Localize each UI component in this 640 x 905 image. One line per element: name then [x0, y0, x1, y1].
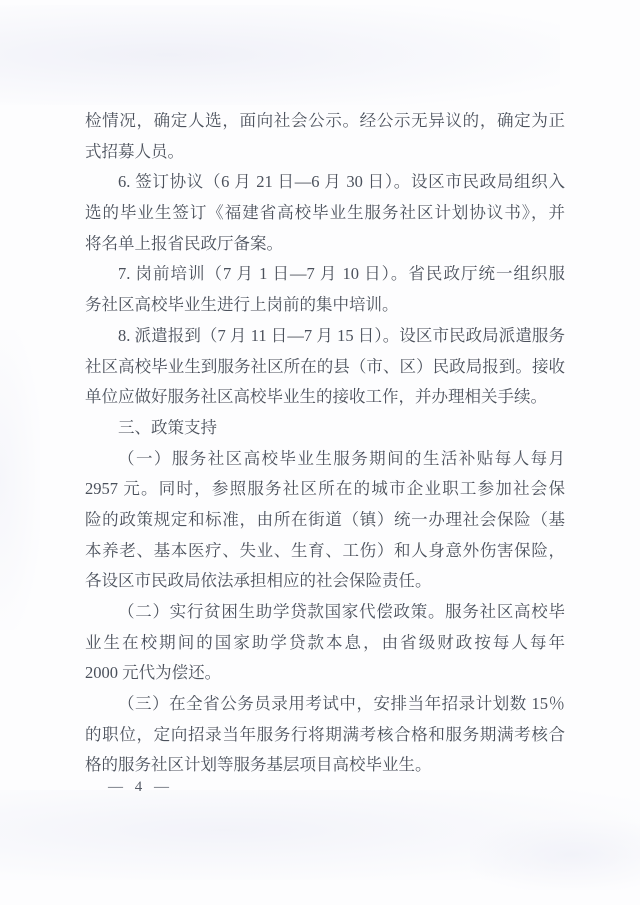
text-line: （三）在全省公务员录用考试中，安排当年招录计划数 15％: [85, 689, 565, 720]
text-line: 各设区市民政局依法承担相应的社会保险责任。: [85, 566, 565, 597]
text-line: 6. 签订协议（6 月 21 日—6 月 30 日）。设区市民政局组织入: [85, 167, 565, 198]
scan-artifact: [470, 820, 640, 890]
document-page: 检情况，确定人选，面向社会公示。经公示无异议的，确定为正式招募人员。6. 签订协…: [0, 0, 640, 905]
text-line: （一）服务社区高校毕业生服务期间的生活补贴每人每月: [85, 444, 565, 475]
scan-artifact: [0, 330, 40, 630]
text-line: 险的政策规定和标准，由所在街道（镇）统一办理社会保险（基: [85, 505, 565, 536]
text-line: 将名单上报省民政厅备案。: [85, 229, 565, 260]
text-line: 单位应做好服务社区高校毕业生的接收工作，并办理相关手续。: [85, 382, 565, 413]
text-line: 务社区高校毕业生进行上岗前的集中培训。: [85, 290, 565, 321]
scan-artifact: [0, 5, 560, 105]
text-line: 业生在校期间的国家助学贷款本息，由省级财政按每人每年: [85, 628, 565, 659]
text-line: 三、政策支持: [85, 413, 565, 444]
text-line: 式招募人员。: [85, 137, 565, 168]
text-line: 2000 元代为偿还。: [85, 658, 565, 689]
text-line: 社区高校毕业生到服务社区所在的县（市、区）民政局报到。接收: [85, 352, 565, 383]
text-line: 检情况，确定人选，面向社会公示。经公示无异议的，确定为正: [85, 106, 565, 137]
text-line: 2957 元。同时，参照服务社区所在的城市企业职工参加社会保: [85, 474, 565, 505]
scan-artifact: [0, 790, 640, 880]
text-line: 选的毕业生签订《福建省高校毕业生服务社区计划协议书》，并: [85, 198, 565, 229]
document-lines: 检情况，确定人选，面向社会公示。经公示无异议的，确定为正式招募人员。6. 签订协…: [85, 106, 565, 781]
page-number: — 4 —: [108, 776, 173, 798]
text-line: 7. 岗前培训（7 月 1 日—7 月 10 日）。省民政厅统一组织服: [85, 259, 565, 290]
text-line: 8. 派遣报到（7 月 11 日—7 月 15 日）。设区市民政局派遣服务: [85, 321, 565, 352]
text-line: 的职位，定向招录当年服务行将期满考核合格和服务期满考核合: [85, 720, 565, 751]
text-line: 本养老、基本医疗、失业、生育、工伤）和人身意外伤害保险，: [85, 536, 565, 567]
text-line: （二）实行贫困生助学贷款国家代偿政策。服务社区高校毕: [85, 597, 565, 628]
